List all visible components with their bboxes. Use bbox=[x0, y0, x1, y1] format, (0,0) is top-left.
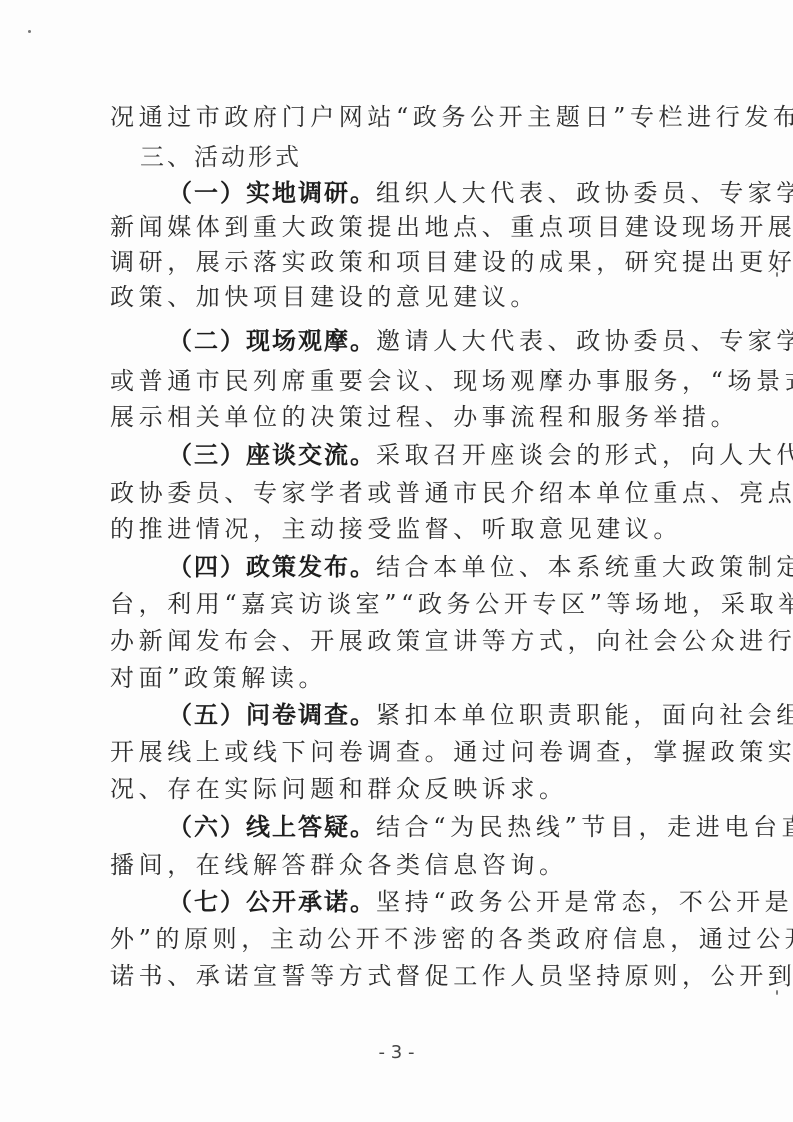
item-title: （一）实地调研。 bbox=[168, 178, 376, 207]
item-title: （七）公开承诺。 bbox=[168, 887, 376, 916]
item-line: 的推进情况，主动接受监督、听取意见建议。 bbox=[110, 514, 695, 544]
continuation-line: 况通过市政府门户网站“政务公开主题日”专栏进行发布。 bbox=[110, 102, 695, 132]
item-line: 政协委员、专家学者或普通市民介绍本单位重点、亮点工作 bbox=[110, 478, 695, 508]
item-line: 调研，展示落实政策和项目建设的成果，研究提出更好落实 bbox=[110, 247, 695, 277]
item-title: （五）问卷调查。 bbox=[168, 700, 376, 729]
item-line: 新闻媒体到重大政策提出地点、重点项目建设现场开展实地 bbox=[110, 212, 695, 242]
item-line: 况、存在实际问题和群众反映诉求。 bbox=[110, 774, 695, 804]
item-line: 政策、加快项目建设的意见建议。 bbox=[110, 282, 695, 312]
scan-speck bbox=[776, 990, 778, 995]
document-page: 况通过市政府门户网站“政务公开主题日”专栏进行发布。 三、活动形式 （一）实地调… bbox=[0, 0, 793, 1122]
page-number: - 3 - bbox=[0, 1042, 793, 1063]
item-line: 展示相关单位的决策过程、办事流程和服务举措。 bbox=[110, 402, 695, 432]
item-2-first-line: （二）现场观摩。邀请人大代表、政协委员、专家学者 bbox=[168, 326, 695, 356]
item-line: 外”的原则，主动公开不涉密的各类政府信息，通过公开承 bbox=[110, 924, 695, 954]
item-7-first-line: （七）公开承诺。坚持“政务公开是常态，不公开是例 bbox=[168, 887, 695, 917]
item-6-first-line: （六）线上答疑。结合“为民热线”节目，走进电台直 bbox=[168, 812, 695, 842]
item-3-first-line: （三）座谈交流。采取召开座谈会的形式，向人大代表、 bbox=[168, 440, 695, 470]
item-1-first-line: （一）实地调研。组织人大代表、政协委员、专家学者、 bbox=[168, 178, 695, 208]
item-line: 办新闻发布会、开展政策宣讲等方式，向社会公众进行“面 bbox=[110, 626, 695, 656]
item-line: 对面”政策解读。 bbox=[110, 663, 695, 693]
item-line: 开展线上或线下问卷调查。通过问卷调查，掌握政策实施情 bbox=[110, 737, 695, 767]
item-4-first-line: （四）政策发布。结合本单位、本系统重大政策制定出 bbox=[168, 552, 695, 582]
item-5-first-line: （五）问卷调查。紧扣本单位职责职能，面向社会组织 bbox=[168, 700, 695, 730]
item-title: （二）现场观摩。 bbox=[168, 326, 376, 355]
item-line: 台，利用“嘉宾访谈室”“政务公开专区”等场地，采取举 bbox=[110, 589, 695, 619]
item-line: 诺书、承诺宣誓等方式督促工作人员坚持原则，公开到位。 bbox=[110, 961, 695, 991]
section-heading: 三、活动形式 bbox=[140, 142, 302, 172]
scan-speck bbox=[28, 30, 31, 33]
item-title: （四）政策发布。 bbox=[168, 552, 376, 581]
item-line: 或普通市民列席重要会议、现场观摩办事服务，“场景式” bbox=[110, 366, 695, 396]
item-title: （三）座谈交流。 bbox=[168, 440, 376, 469]
item-title: （六）线上答疑。 bbox=[168, 812, 376, 841]
item-line: 播间，在线解答群众各类信息咨询。 bbox=[110, 850, 695, 880]
